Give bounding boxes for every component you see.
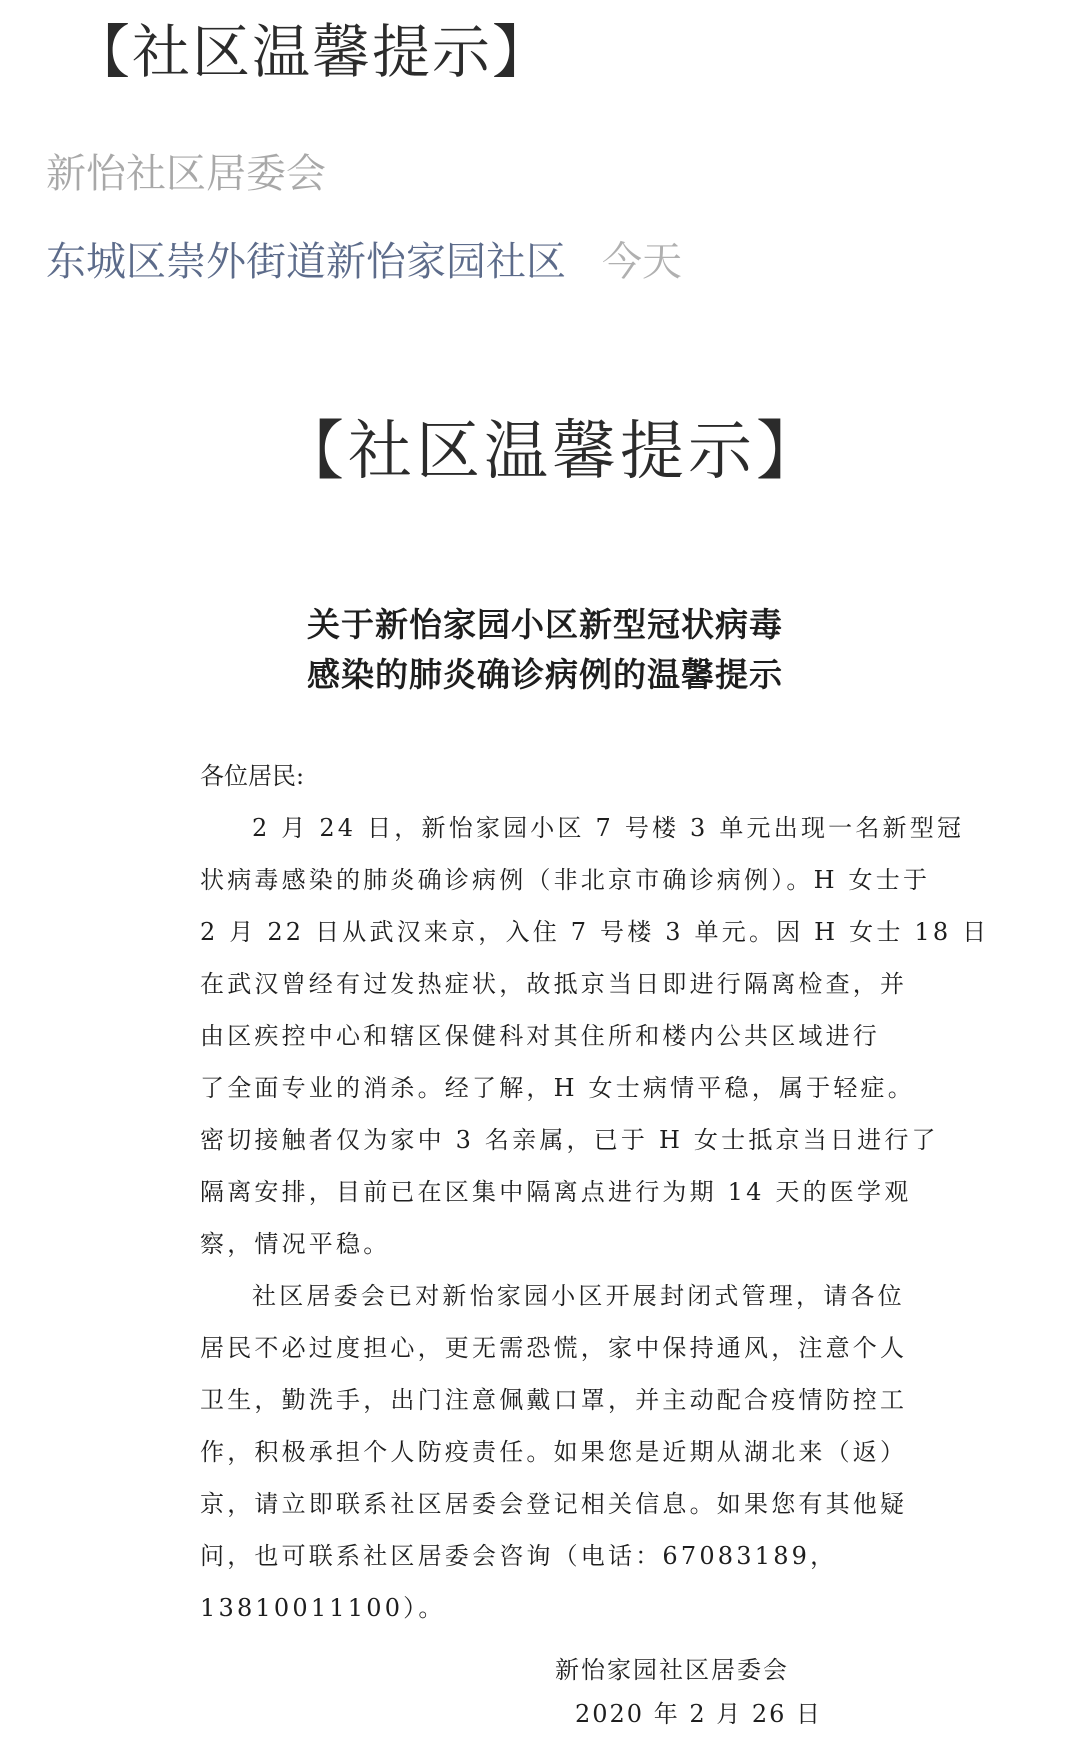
text-line: 社区居委会已对新怡家园小区开展封闭式管理，请各位 [200, 1270, 900, 1322]
text-line: 13810011100）。 [200, 1582, 900, 1634]
signature: 新怡家园社区居委会 [555, 1648, 822, 1692]
text-line: 了全面专业的消杀。经了解，H 女士病情平稳，属于轻症。 [200, 1062, 900, 1114]
text-line: 2 月 24 日，新怡家园小区 7 号楼 3 单元出现一名新型冠 [200, 802, 900, 854]
author-name: 新怡社区居委会 [46, 148, 326, 200]
paragraph-2: 社区居委会已对新怡家园小区开展封闭式管理，请各位 居民不必过度担心，更无需恐慌，… [200, 1270, 900, 1634]
poster-heading: 【社区温馨提示】 [280, 410, 824, 494]
text-line: 在武汉曾经有过发热症状，故抵京当日即进行隔离检查，并 [200, 958, 900, 1010]
signature-date: 2020 年 2 月 26 日 [555, 1692, 822, 1736]
text-line: 2 月 22 日从武汉来京，入住 7 号楼 3 单元。因 H 女士 18 日 [200, 906, 900, 958]
salutation: 各位居民: [200, 750, 900, 802]
publish-date: 今天 [602, 239, 682, 285]
notice-title: 关于新怡家园小区新型冠状病毒 感染的肺炎确诊病例的温馨提示 [190, 600, 900, 700]
text-line: 察，情况平稳。 [200, 1218, 900, 1270]
article-meta: 东城区崇外街道新怡家园社区今天 [46, 236, 682, 288]
article-title: 【社区温馨提示】 [72, 14, 552, 90]
text-line: 隔离安排，目前已在区集中隔离点进行为期 14 天的医学观 [200, 1166, 900, 1218]
text-line: 由区疾控中心和辖区保健科对其住所和楼内公共区域进行 [200, 1010, 900, 1062]
text-line: 作，积极承担个人防疫责任。如果您是近期从湖北来（返） [200, 1426, 900, 1478]
text-line: 问，也可联系社区居委会咨询（电话：67083189， [200, 1530, 900, 1582]
account-name-link[interactable]: 东城区崇外街道新怡家园社区 [46, 239, 566, 285]
notice-title-line: 关于新怡家园小区新型冠状病毒 [190, 600, 900, 650]
paragraph-1: 2 月 24 日，新怡家园小区 7 号楼 3 单元出现一名新型冠 状病毒感染的肺… [200, 802, 900, 1270]
text-line: 密切接触者仅为家中 3 名亲属，已于 H 女士抵京当日进行了 [200, 1114, 900, 1166]
signature-block: 新怡家园社区居委会 2020 年 2 月 26 日 [555, 1648, 822, 1736]
text-line: 状病毒感染的肺炎确诊病例（非北京市确诊病例）。H 女士于 [200, 854, 900, 906]
notice-title-line: 感染的肺炎确诊病例的温馨提示 [190, 650, 900, 700]
text-line: 居民不必过度担心，更无需恐慌，家中保持通风，注意个人 [200, 1322, 900, 1374]
notice-document: 关于新怡家园小区新型冠状病毒 感染的肺炎确诊病例的温馨提示 各位居民: 2 月 … [200, 600, 900, 1634]
text-line: 京，请立即联系社区居委会登记相关信息。如果您有其他疑 [200, 1478, 900, 1530]
text-line: 卫生，勤洗手，出门注意佩戴口罩，并主动配合疫情防控工 [200, 1374, 900, 1426]
